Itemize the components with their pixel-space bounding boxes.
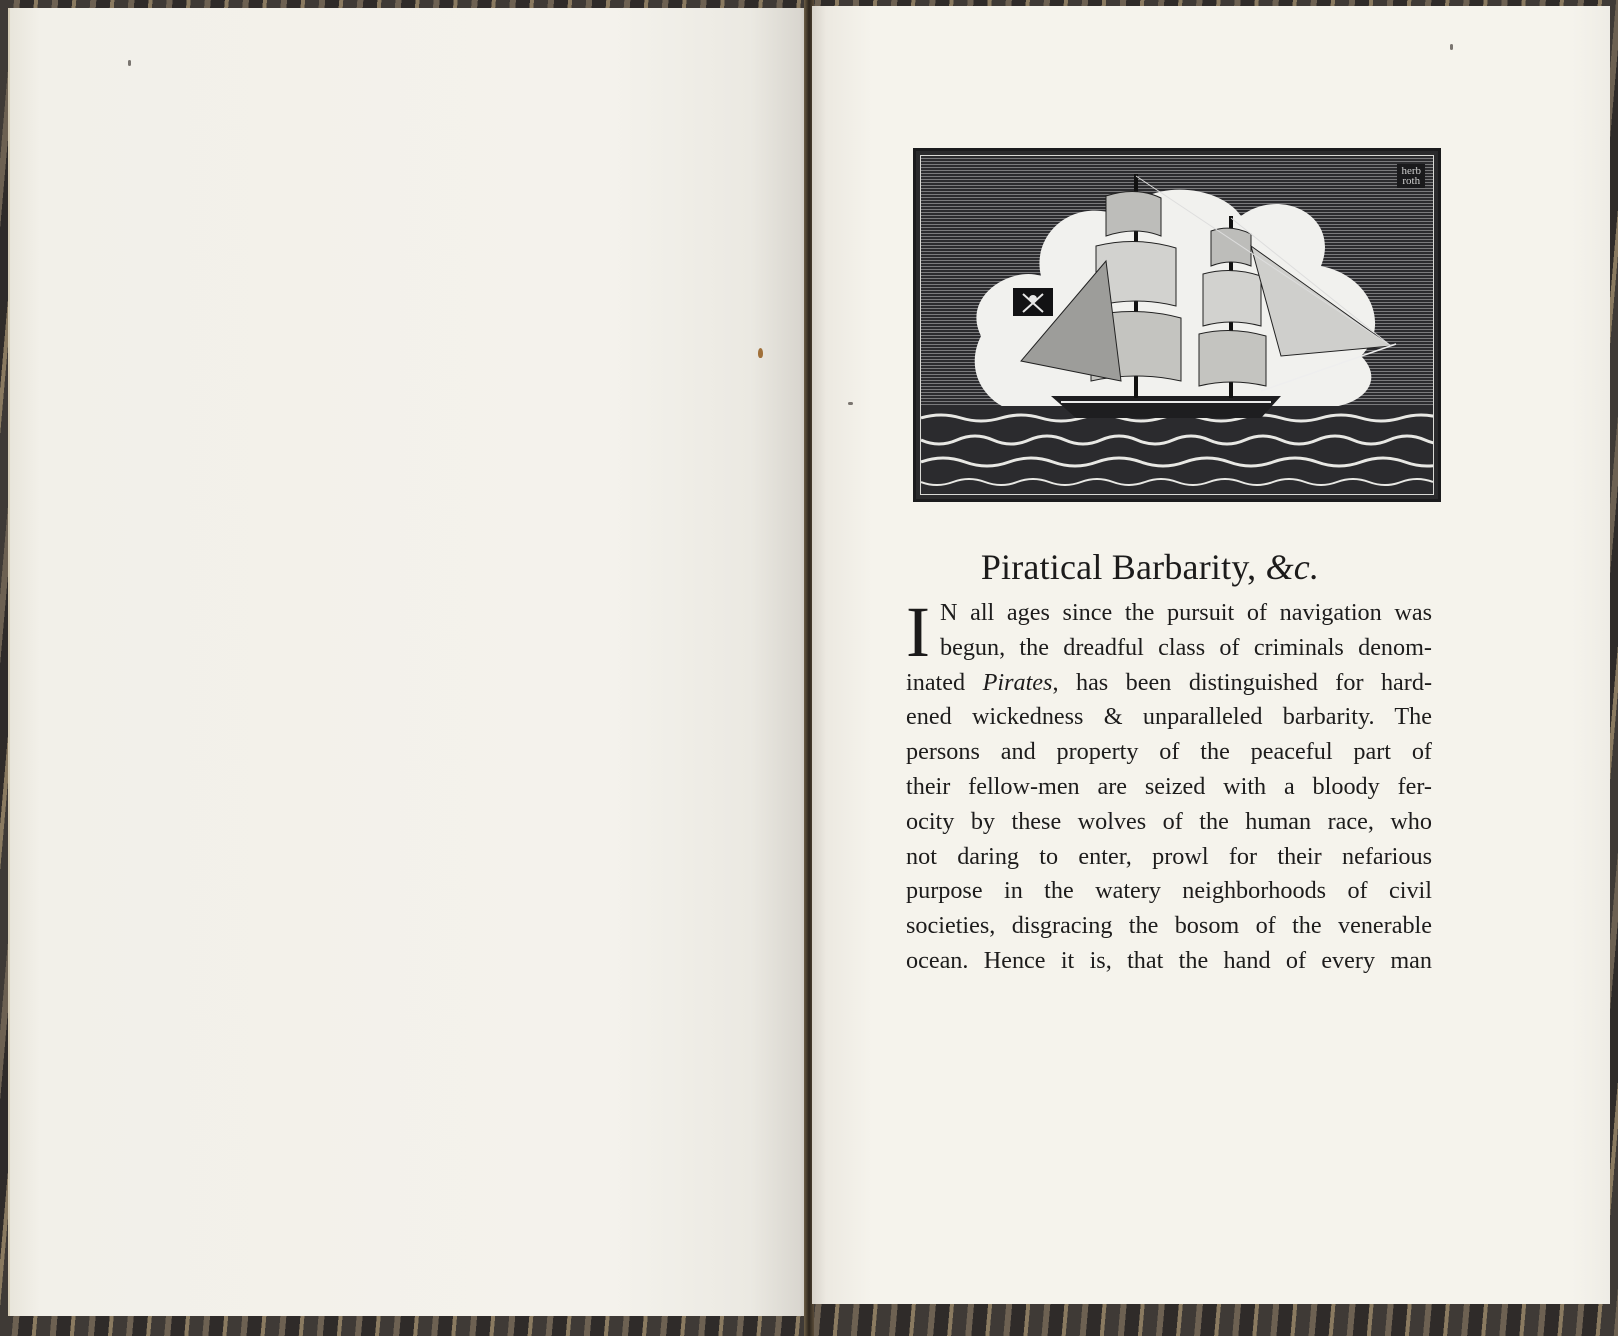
- title-etc: &c.: [1266, 547, 1320, 587]
- body-line: not daring to enter, prowl for their nef…: [906, 840, 1432, 875]
- line-rest: , has been distinguished for hard-: [1052, 669, 1432, 696]
- left-page-blank: [8, 8, 808, 1316]
- paper-speck: [848, 402, 853, 405]
- signature-line: roth: [1401, 176, 1421, 186]
- body-line: begun, the dreadful class of criminals d…: [906, 631, 1432, 666]
- engraver-signature: herb roth: [1397, 164, 1425, 188]
- ship-engraving-icon: [921, 156, 1433, 494]
- body-line: ocean. Hence it is, that the hand of eve…: [906, 944, 1432, 979]
- title-text: Piratical Barbarity,: [981, 547, 1257, 587]
- paper-speck: [128, 60, 131, 66]
- paper-speck: [1450, 44, 1453, 50]
- line-start: inated: [906, 669, 983, 696]
- body-line: ened wickedness & unparalleled barbarity…: [906, 700, 1432, 735]
- body-paragraph: N all ages since the pursuit of navigati…: [906, 596, 1432, 979]
- body-line-pirates: inated Pirates, has been distinguished f…: [906, 666, 1432, 701]
- italic-pirates: Pirates: [983, 669, 1053, 696]
- body-line: ocity by these wolves of the human race,…: [906, 805, 1432, 840]
- body-line: persons and property of the peaceful par…: [906, 735, 1432, 770]
- foxing-spot: [758, 348, 763, 358]
- body-line: purpose in the watery neighborhoods of c…: [906, 874, 1432, 909]
- body-line: their fellow-men are seized with a blood…: [906, 770, 1432, 805]
- body-line: societies, disgracing the bosom of the v…: [906, 909, 1432, 944]
- chapter-title: Piratical Barbarity, &c.: [880, 546, 1420, 588]
- pirate-ship-woodcut-illustration: herb roth: [913, 148, 1441, 502]
- body-line: N all ages since the pursuit of navigati…: [906, 596, 1432, 631]
